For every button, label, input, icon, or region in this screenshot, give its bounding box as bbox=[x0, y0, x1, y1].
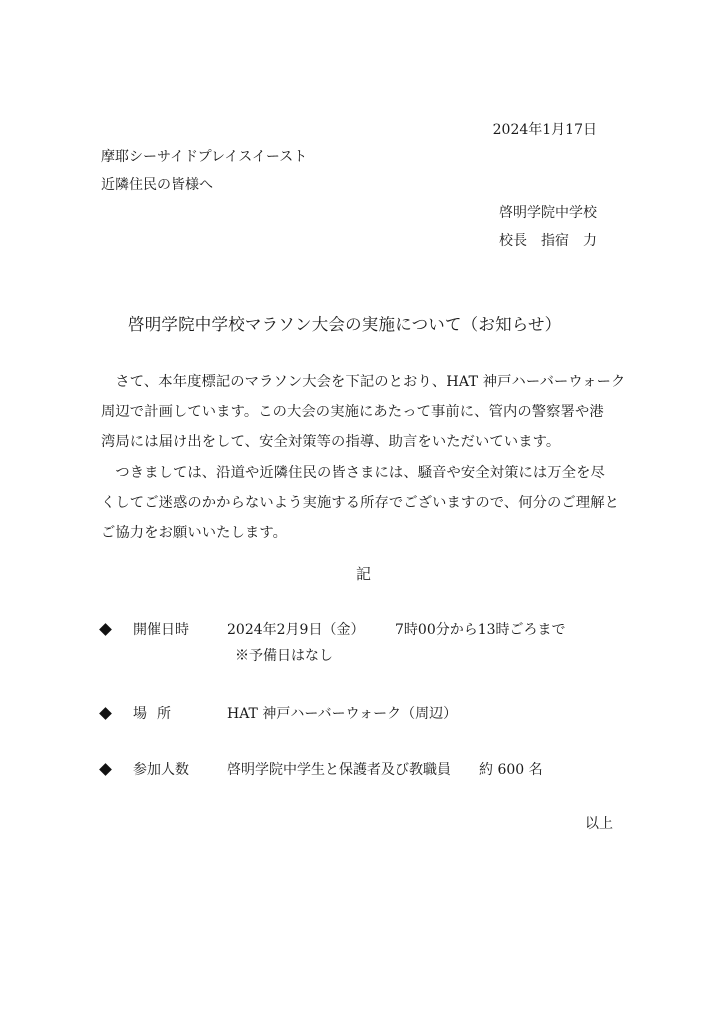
body-line: つきましては、沿道や近隣住民の皆さまには、騒音や安全対策には万全を尽 bbox=[101, 458, 661, 488]
sender-principal: 校長 指宿 力 bbox=[499, 232, 597, 250]
document-page: 2024年1月17日 摩耶シーサイドプレイスイースト 近隣住民の皆様へ 啓明学院… bbox=[0, 0, 724, 1024]
body-paragraph-1: さて、本年度標記のマラソン大会を下記のとおり、HAT 神戸ハーバーウォーク 周辺… bbox=[101, 367, 661, 457]
body-paragraph-2: つきましては、沿道や近隣住民の皆さまには、騒音や安全対策には万全を尽 くしてご迷… bbox=[101, 458, 661, 548]
diamond-bullet-icon bbox=[99, 763, 112, 776]
detail-label: 開催日時 bbox=[133, 620, 189, 640]
diamond-bullet-icon bbox=[99, 707, 112, 720]
closing-mark: 以上 bbox=[585, 815, 613, 833]
body-line: さて、本年度標記のマラソン大会を下記のとおり、HAT 神戸ハーバーウォーク bbox=[101, 367, 661, 397]
detail-label: 場所 bbox=[133, 704, 181, 724]
issue-date: 2024年1月17日 bbox=[493, 121, 597, 139]
document-title: 啓明学院中学校マラソン大会の実施について（お知らせ） bbox=[128, 314, 561, 336]
detail-value: 啓明学院中学生と保護者及び教職員 約 600 名 bbox=[227, 760, 543, 780]
body-line: ご協力をお願いいたします。 bbox=[101, 518, 661, 548]
diamond-bullet-icon bbox=[99, 623, 112, 636]
recipient-building: 摩耶シーサイドプレイスイースト bbox=[101, 148, 307, 166]
ki-heading: 記 bbox=[356, 564, 371, 584]
sender-school: 啓明学院中学校 bbox=[499, 204, 597, 222]
detail-value: 2024年2月9日（金） bbox=[227, 620, 364, 640]
detail-value: HAT 神戸ハーバーウォーク（周辺） bbox=[227, 704, 457, 724]
detail-note: ※予備日はなし bbox=[235, 646, 333, 666]
body-line: くしてご迷惑のかからないよう実施する所存でございますので、何分のご理解と bbox=[101, 488, 661, 518]
body-line: 湾局には届け出をして、安全対策等の指導、助言をいただいています。 bbox=[101, 427, 661, 457]
detail-label: 参加人数 bbox=[133, 760, 189, 780]
recipient-residents: 近隣住民の皆様へ bbox=[101, 176, 213, 194]
detail-time: 7時00分から13時ごろまで bbox=[395, 620, 566, 640]
body-line: 周辺で計画しています。この大会の実施にあたって事前に、管内の警察署や港 bbox=[101, 397, 661, 427]
